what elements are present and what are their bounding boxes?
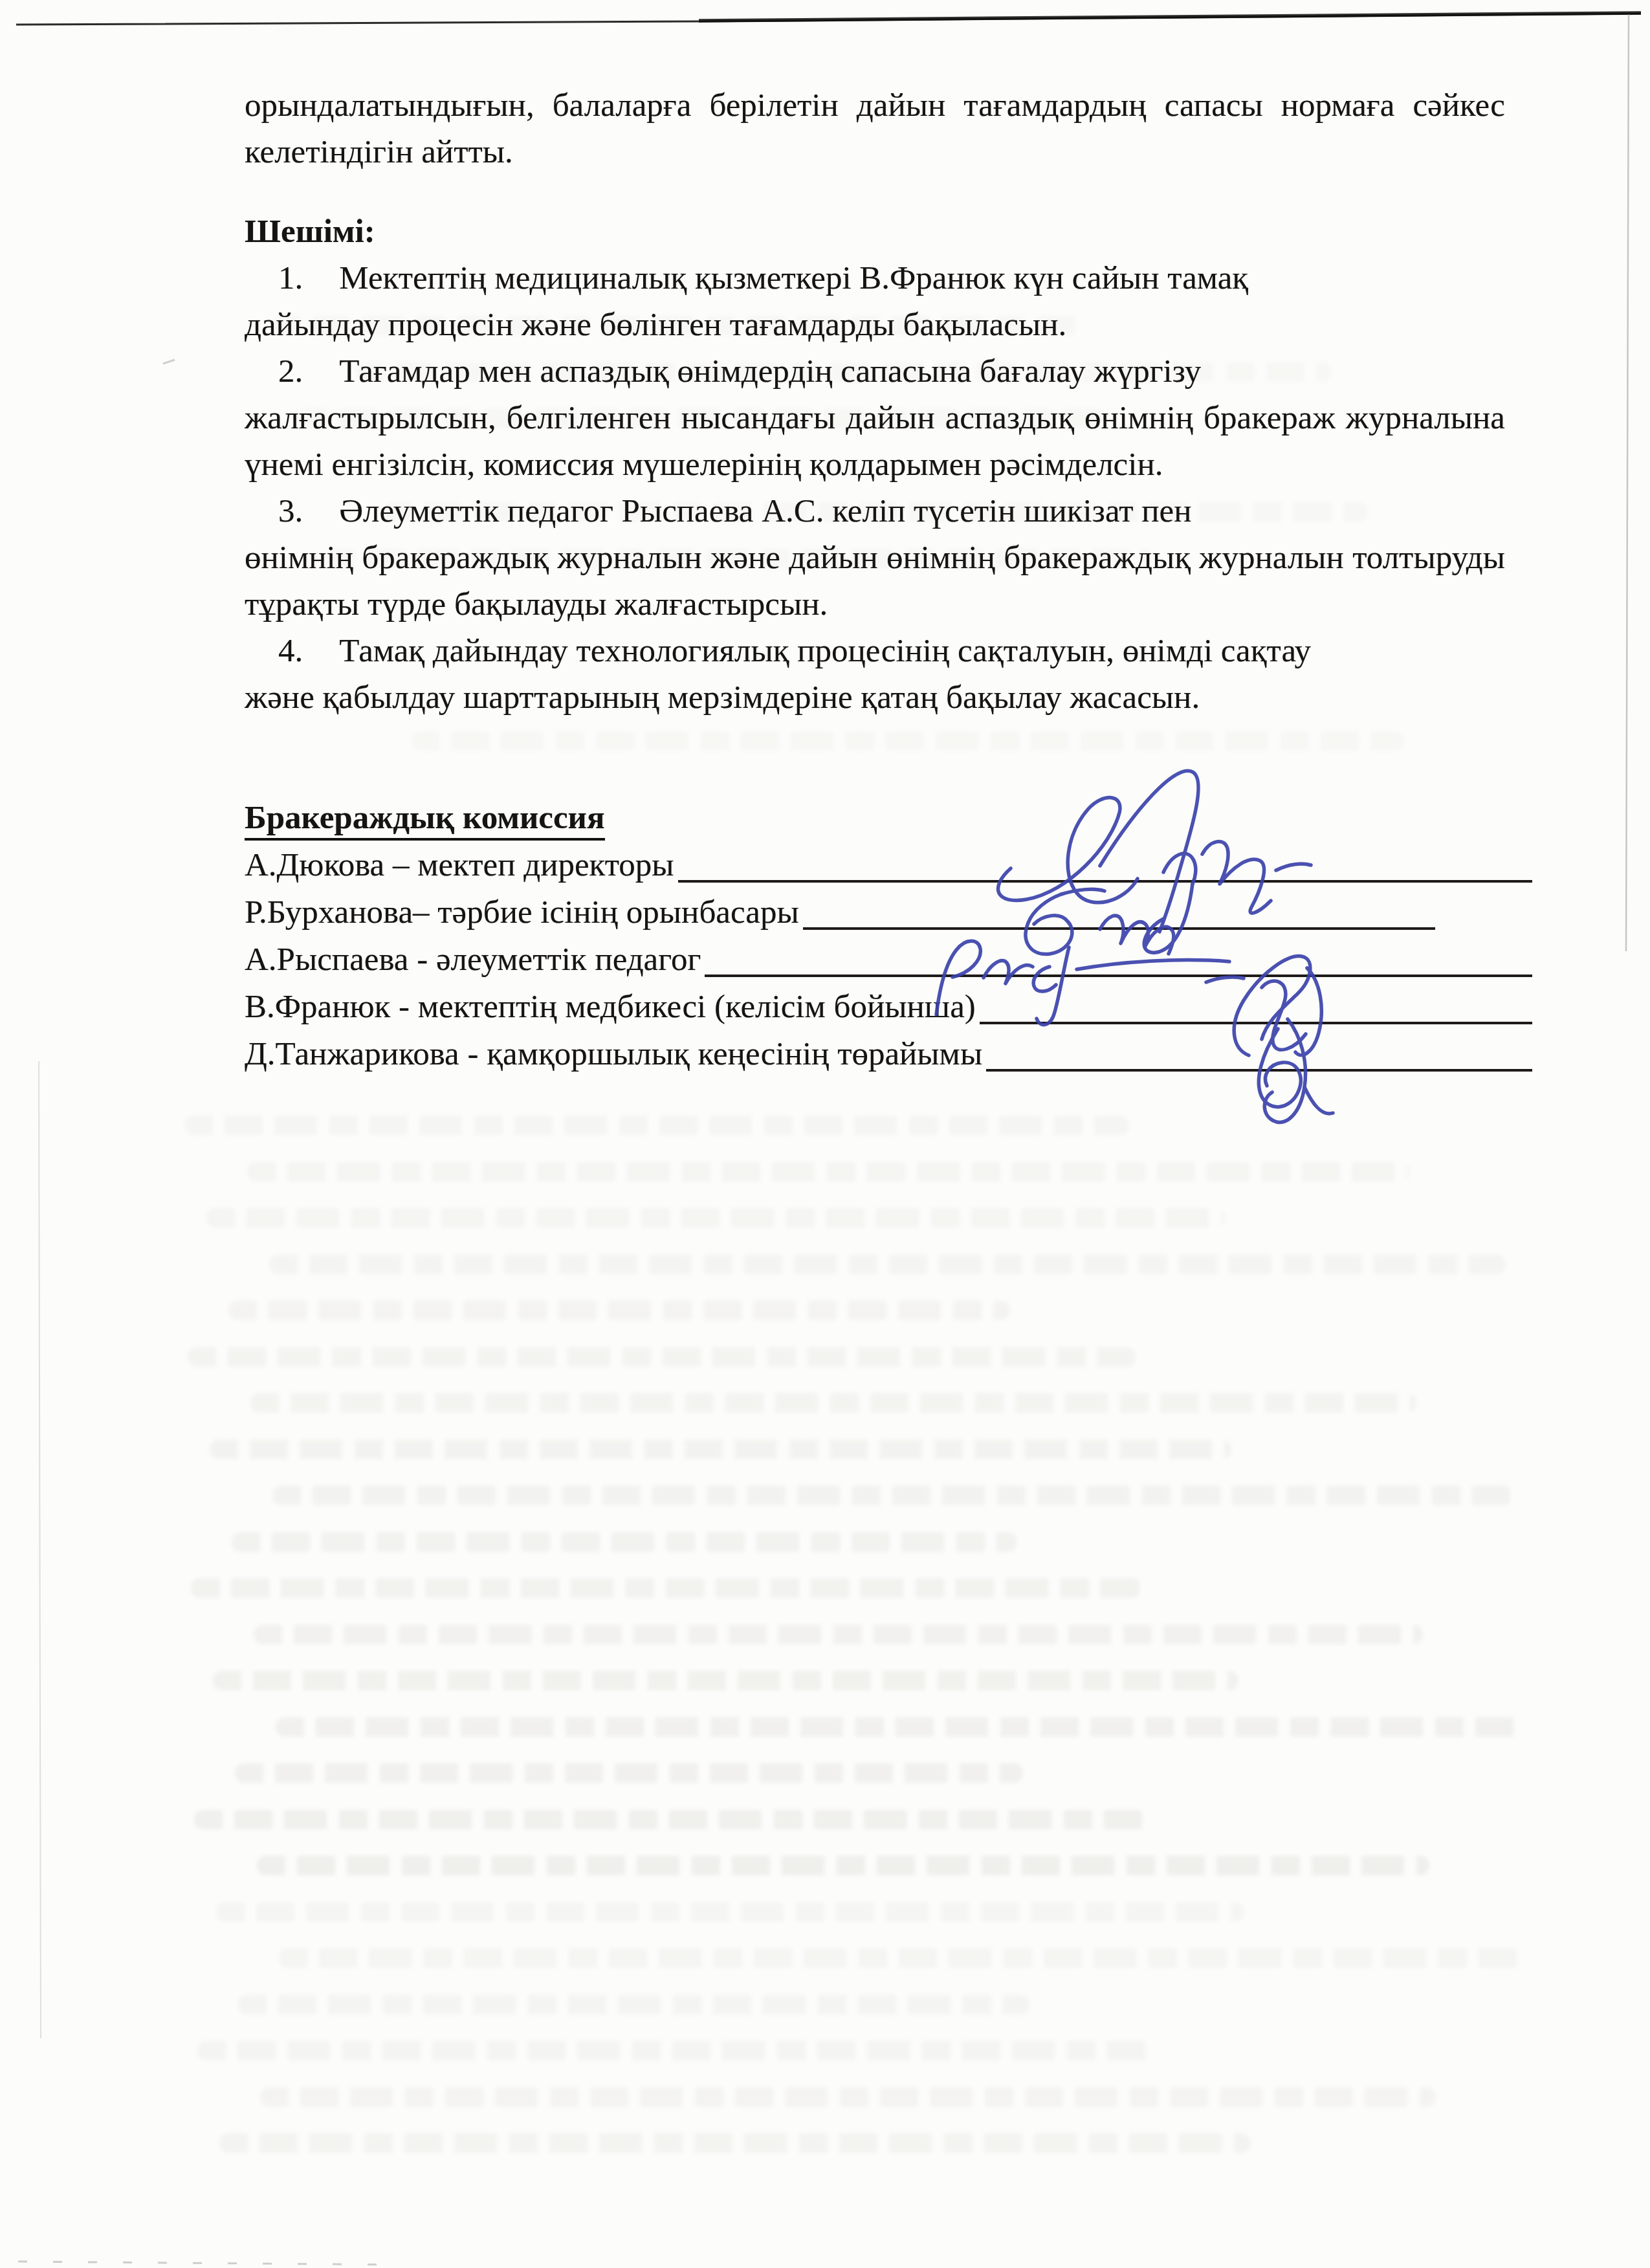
- scan-top-edge-line: [16, 14, 1641, 25]
- decision-item-text: жалғастырылсын, белгіленген нысандағы да…: [245, 400, 1505, 483]
- commission-block: Бракераждық комиссия А.Дюкова – мектеп д…: [245, 795, 1532, 1078]
- document-body: орындалатындығын, балаларға берілетін да…: [245, 82, 1505, 1078]
- decision-item-1: 1.Мектептің медициналық қызметкері В.Фра…: [245, 255, 1505, 348]
- decision-item-text: Тағамдар мен аспаздық өнімдердің сапасын…: [339, 353, 1201, 390]
- decision-item-text: дайындау процесін және бөлінген тағамдар…: [245, 307, 1066, 343]
- decision-item-text: және қабылдау шарттарының мерзімдеріне қ…: [245, 679, 1200, 716]
- scan-bottom-specks: [18, 2262, 401, 2265]
- decision-heading: Шешімі:: [245, 208, 1505, 255]
- decision-item-text: Тамақ дайындау технологиялық процесінің …: [339, 633, 1311, 669]
- decision-item-2: 2.Тағамдар мен аспаздық өнімдердің сапас…: [245, 348, 1505, 488]
- scan-right-edge-line: [1626, 14, 1629, 951]
- signature-row-label: Р.Бурханова– тәрбие ісінің орынбасары: [245, 889, 799, 936]
- signature-row-burkhanova: Р.Бурханова– тәрбие ісінің орынбасары: [245, 889, 1532, 936]
- signature-line: [803, 927, 1435, 930]
- signature-row-label: А.Дюкова – мектеп директоры: [245, 842, 674, 889]
- signature-row-label: Д.Танжарикова - қамқоршылық кеңесінің тө…: [245, 1031, 982, 1078]
- commission-signature-rows: А.Дюкова – мектеп директоры Р.Бурханова–…: [245, 842, 1532, 1078]
- signature-row-franyuk: В.Франюк - мектептің медбикесі (келісім …: [245, 984, 1532, 1031]
- signature-line: [980, 1022, 1532, 1024]
- decision-item-4: 4.Тамақ дайындау технологиялық процесіні…: [245, 628, 1505, 721]
- decision-item-number: 3.: [278, 493, 303, 529]
- signature-row-tanzharikova: Д.Танжарикова - қамқоршылық кеңесінің тө…: [245, 1031, 1532, 1078]
- decision-item-3: 3.Әлеуметтік педагог Рыспаева А.С. келіп…: [245, 488, 1505, 628]
- paragraph-continuation: орындалатындығын, балаларға берілетін да…: [245, 82, 1505, 175]
- decision-item-number: 4.: [278, 633, 303, 669]
- commission-heading: Бракераждық комиссия: [245, 795, 1532, 841]
- signature-line: [986, 1069, 1532, 1072]
- scanned-document-page: орындалатындығын, балаларға берілетін да…: [0, 0, 1650, 2268]
- decision-item-number: 2.: [278, 353, 303, 390]
- scan-top-edge-line-dark: [699, 13, 1641, 21]
- commission-heading-text: Бракераждық комиссия: [245, 800, 605, 841]
- signature-row-dyukova: А.Дюкова – мектеп директоры: [245, 842, 1532, 889]
- decision-item-number: 1.: [278, 260, 303, 296]
- signature-row-ryspaeva: А.Рыспаева - әлеуметтік педагог: [245, 936, 1532, 984]
- signature-row-label: А.Рыспаева - әлеуметтік педагог: [245, 936, 701, 984]
- decision-item-text: Мектептің медициналық қызметкері В.Франю…: [339, 260, 1248, 296]
- scan-margin-speck: [163, 360, 175, 364]
- signature-line: [705, 974, 1532, 977]
- decision-item-text: өнімнің бракераждық журналын және дайын …: [245, 540, 1505, 622]
- signature-row-label: В.Франюк - мектептің медбикесі (келісім …: [245, 984, 976, 1031]
- scan-left-edge-line: [39, 1061, 41, 2038]
- signature-line: [678, 880, 1532, 883]
- decision-item-text: Әлеуметтік педагог Рыспаева А.С. келіп т…: [339, 493, 1191, 529]
